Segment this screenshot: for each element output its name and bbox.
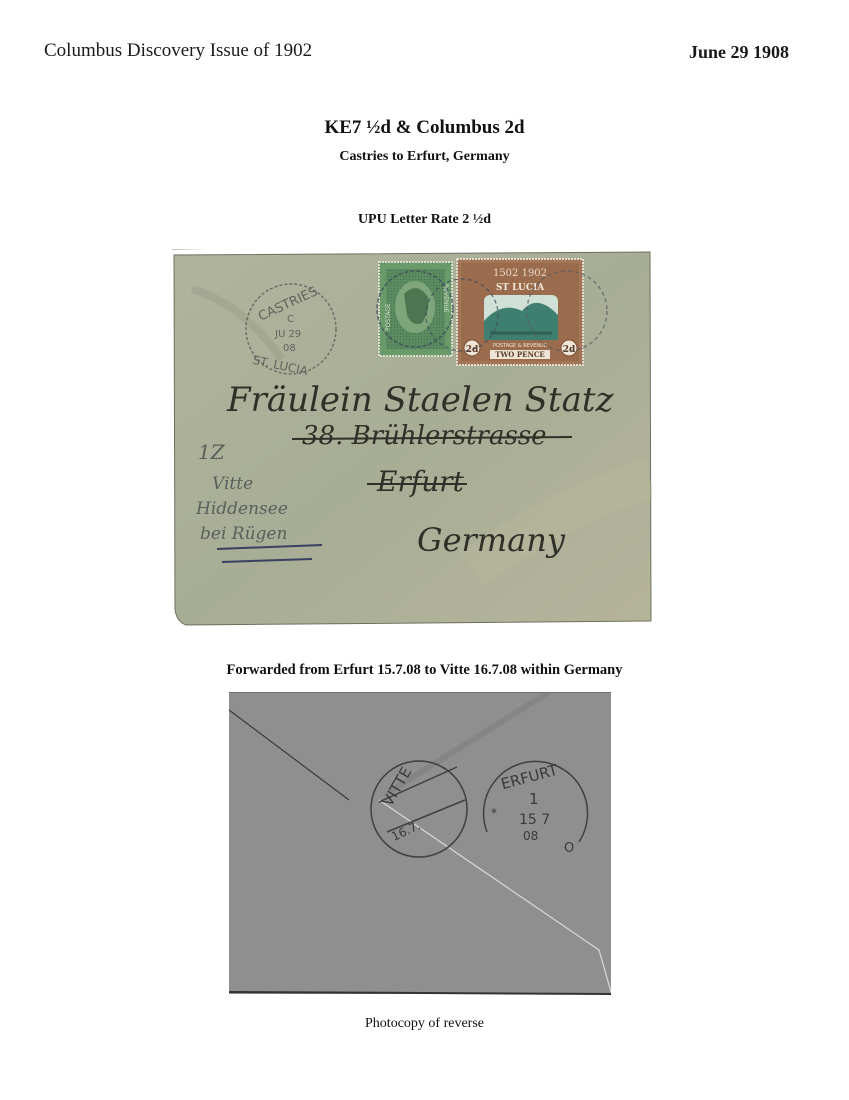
svg-text:JU 29: JU 29 — [274, 329, 301, 340]
exhibit-route: Castries to Erfurt, Germany — [0, 149, 849, 165]
svg-text:2d: 2d — [563, 345, 576, 355]
svg-text:bei Rügen: bei Rügen — [200, 524, 287, 544]
page-header-left: Columbus Discovery Issue of 1902 — [44, 40, 312, 62]
svg-text:Vitte: Vitte — [212, 474, 253, 494]
svg-text:Germany: Germany — [417, 521, 566, 559]
svg-text:REVENUE: REVENUE — [442, 284, 449, 313]
rate-note: UPU Letter Rate 2 ½d — [0, 212, 849, 228]
svg-text:08: 08 — [523, 829, 538, 843]
svg-text:1502 1902: 1502 1902 — [493, 268, 547, 279]
forwarding-note: Forwarded from Erfurt 15.7.08 to Vitte 1… — [0, 662, 849, 679]
svg-text:Erfurt: Erfurt — [376, 465, 465, 498]
svg-text:Hiddensee: Hiddensee — [195, 499, 288, 519]
svg-text:POSTAGE: POSTAGE — [385, 303, 392, 331]
svg-text:08: 08 — [283, 343, 296, 354]
svg-text:O: O — [564, 841, 574, 856]
svg-text:C: C — [287, 314, 294, 325]
cover-reverse-photocopy: VITTE 16.7. ERFURT 1 15 7 08 O * — [229, 692, 611, 996]
stamp-ke7-halfpenny: POSTAGE REVENUE — [377, 262, 453, 356]
svg-text:1Z: 1Z — [198, 440, 226, 464]
svg-text:38. Brühlerstrasse: 38. Brühlerstrasse — [302, 421, 547, 451]
cover-front-image: CASTRIES C JU 29 08 ST. LUCIA POSTAGE RE… — [172, 249, 652, 627]
exhibit-title: KE7 ½d & Columbus 2d — [0, 117, 849, 139]
svg-text:1: 1 — [529, 790, 539, 808]
svg-text:15 7: 15 7 — [519, 812, 550, 828]
svg-text:POSTAGE & REVENUE: POSTAGE & REVENUE — [493, 343, 547, 349]
reverse-caption: Photocopy of reverse — [0, 1016, 849, 1032]
svg-text:TWO PENCE: TWO PENCE — [495, 350, 545, 359]
svg-text:Fräulein Staelen Statz: Fräulein Staelen Statz — [226, 380, 615, 420]
page-header-date: June 29 1908 — [689, 42, 789, 63]
svg-text:*: * — [491, 806, 497, 820]
